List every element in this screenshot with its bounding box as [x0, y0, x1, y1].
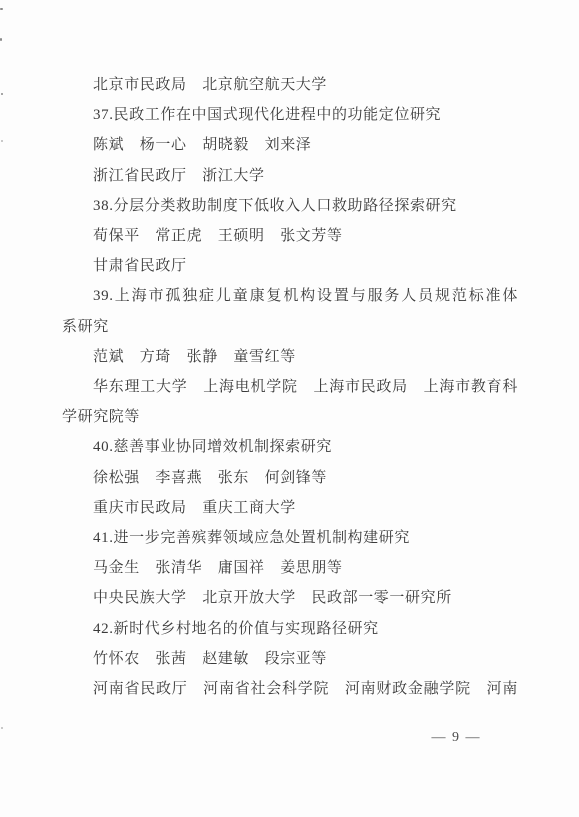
document-line-institutions: 北京市民政局 北京航空航天大学: [62, 70, 518, 100]
document-line-researchers: 马金生 张清华 庸国祥 姜思朋等: [62, 553, 518, 583]
scan-artifact: [0, 38, 2, 41]
document-line-project-title: 42.新时代乡村地名的价值与实现路径研究: [62, 614, 518, 644]
document-line-project-title-continuation: 系研究: [62, 312, 518, 342]
document-line-project-title: 41.进一步完善殡葬领域应急处置机制构建研究: [62, 523, 518, 553]
scanned-document-page: 北京市民政局 北京航空航天大学37.民政工作在中国式现代化进程中的功能定位研究陈…: [0, 0, 579, 817]
document-line-institutions: 重庆市民政局 重庆工商大学: [62, 493, 518, 523]
document-line-researchers: 徐松强 李喜燕 张东 何剑锋等: [62, 463, 518, 493]
scan-artifact: [1, 727, 3, 729]
document-line-institutions: 浙江省民政厅 浙江大学: [62, 161, 518, 191]
document-body: 北京市民政局 北京航空航天大学37.民政工作在中国式现代化进程中的功能定位研究陈…: [62, 70, 518, 704]
document-line-project-title: 39.上海市孤独症儿童康复机构设置与服务人员规范标准体: [62, 281, 518, 311]
document-line-researchers: 荀保平 常正虎 王硕明 张文芳等: [62, 221, 518, 251]
scan-artifact: [1, 93, 3, 95]
page-number: — 9 —: [432, 728, 482, 748]
document-line-project-title: 40.慈善事业协同增效机制探索研究: [62, 432, 518, 462]
scan-artifact: [0, 8, 3, 10]
document-line-researchers: 竹怀农 张茜 赵建敏 段宗亚等: [62, 644, 518, 674]
document-line-project-title: 38.分层分类救助制度下低收入人口救助路径探索研究: [62, 191, 518, 221]
document-line-researchers: 陈斌 杨一心 胡晓毅 刘来泽: [62, 130, 518, 160]
document-line-project-title: 37.民政工作在中国式现代化进程中的功能定位研究: [62, 100, 518, 130]
document-line-institutions: 甘肃省民政厅: [62, 251, 518, 281]
document-line-institutions-continuation: 学研究院等: [62, 402, 518, 432]
document-line-researchers: 范斌 方琦 张静 童雪红等: [62, 342, 518, 372]
document-line-institutions: 河南省民政厅 河南省社会科学院 河南财政金融学院 河南: [62, 674, 518, 704]
scan-artifact: [1, 140, 3, 142]
document-line-institutions: 华东理工大学 上海电机学院 上海市民政局 上海市教育科: [62, 372, 518, 402]
document-line-institutions: 中央民族大学 北京开放大学 民政部一零一研究所: [62, 583, 518, 613]
